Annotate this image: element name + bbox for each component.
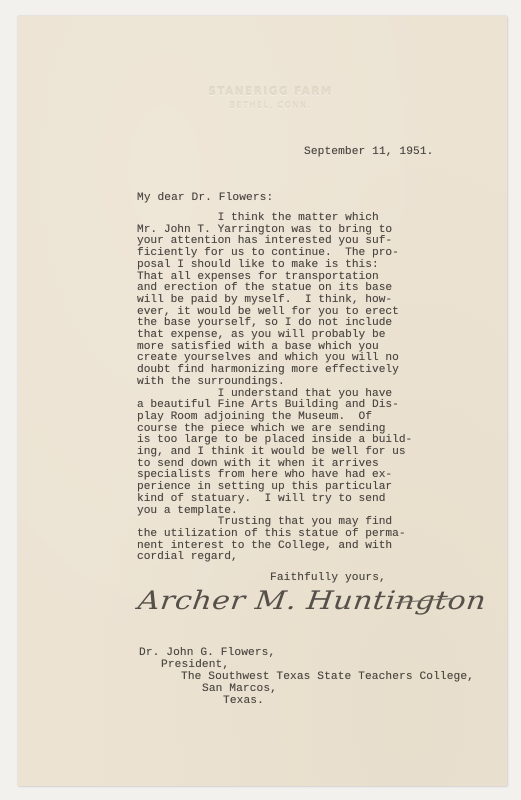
letter-body: I think the matter which Mr. John T. Yar… <box>121 213 412 564</box>
closing: Faithfully yours, <box>270 573 386 585</box>
body-line: ing, and I think it would be well for us <box>121 447 412 459</box>
letter-date: September 11, 1951. <box>304 147 433 159</box>
body-line: I think the matter which <box>121 213 412 225</box>
body-line: will be paid by myself. I think, how- <box>121 295 412 307</box>
body-line: that expense, as you will probably be <box>121 330 412 342</box>
body-line: the utilization of this statue of perma- <box>121 529 412 541</box>
addressee-name: Dr. John G. Flowers, <box>139 648 275 660</box>
body-line: posal I should like to make is this: <box>121 260 412 272</box>
body-line: with the surroundings. <box>121 377 412 389</box>
body-line: kind of statuary. I will try to send <box>121 494 412 506</box>
addressee-city: San Marcos, <box>202 684 277 696</box>
letterhead-place: BETHEL, CONN. <box>10 101 521 110</box>
salutation: My dear Dr. Flowers: <box>137 193 273 205</box>
handwritten-signature: Archer M. Huntington <box>136 586 488 616</box>
addressee-state: Texas. <box>223 696 264 708</box>
addressee-institution: The Southwest Texas State Teachers Colle… <box>181 672 474 684</box>
letterhead-name: STANERIGG FARM <box>10 86 521 98</box>
addressee-title: President, <box>161 660 229 672</box>
body-line: play Room adjoining the Museum. Of <box>121 412 412 424</box>
body-line: cordial regard, <box>121 552 412 564</box>
